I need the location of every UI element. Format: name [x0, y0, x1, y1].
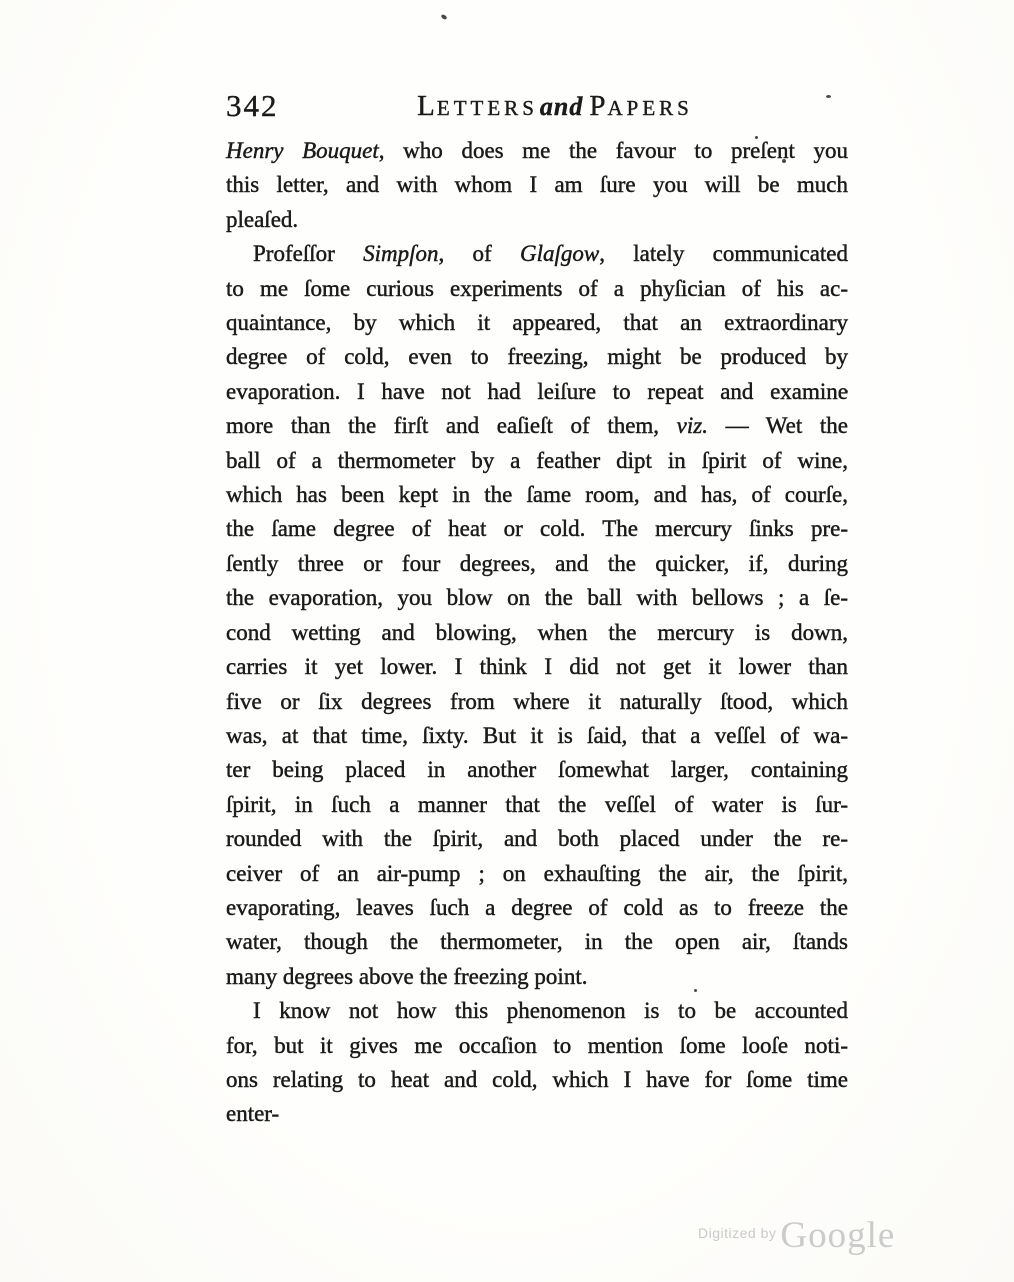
text-line: carries it yet lower. I think I did not …	[226, 650, 848, 684]
text-line: evaporation. I have not had leiſure to r…	[226, 375, 848, 409]
body-text: ſpirit, in ſuch a manner that the veſſel…	[226, 792, 848, 817]
text-line: ball of a thermometer by a feather dipt …	[226, 444, 848, 478]
text-line: this letter, and with whom I am ſure you…	[226, 168, 848, 202]
text-line: Henry Bouquet, who does me the favour to…	[226, 134, 848, 168]
body-text: the evaporation, you blow on the ball wi…	[226, 585, 848, 610]
body-text: evaporation. I have not had leiſure to r…	[226, 379, 848, 404]
body-text: this letter, and with whom I am ſure you…	[226, 172, 848, 197]
text-line: quaintance, by which it appeared, that a…	[226, 306, 848, 340]
italic-text: viz.	[677, 413, 708, 438]
text-line: water, though the thermometer, in the op…	[226, 925, 848, 959]
text-line: pleaſed.	[226, 203, 848, 237]
paragraph: I know not how this phenomenon is to be …	[226, 994, 848, 1097]
ink-speck	[845, 390, 848, 393]
body-text: was, at that time, ſixty. But it is ſaid…	[226, 723, 848, 748]
body-text: Profeſſor	[253, 241, 363, 266]
body-text: five or ſix degrees from where it natura…	[226, 689, 848, 714]
body-text: ter being placed in another ſomewhat lar…	[226, 757, 848, 782]
text-line: ter being placed in another ſomewhat lar…	[226, 753, 848, 787]
body-text: ons relating to heat and cold, which I h…	[226, 1067, 848, 1092]
text-line: ceiver of an air-pump ; on exhauſting th…	[226, 857, 848, 891]
body-text: , who does me the favour to preſent you	[379, 138, 848, 163]
text-line: five or ſix degrees from where it natura…	[226, 685, 848, 719]
body-text: evaporating, leaves ſuch a degree of col…	[226, 895, 848, 920]
running-head-initial-2: P	[589, 90, 607, 122]
ink-speck	[826, 95, 831, 98]
text-line: the evaporation, you blow on the ball wi…	[226, 581, 848, 615]
body-text: carries it yet lower. I think I did not …	[226, 654, 848, 679]
body-text: many degrees above the freezing point.	[226, 964, 587, 989]
text-line: evaporating, leaves ſuch a degree of col…	[226, 891, 848, 925]
body-text: , of	[438, 241, 520, 266]
text-line: for, but it gives me occaſion to mention…	[226, 1029, 848, 1063]
running-head-conjunction: and	[540, 92, 583, 121]
body-text: rounded with the ſpirit, and both placed…	[226, 826, 848, 851]
body-text: the ſame degree of heat or cold. The mer…	[226, 516, 848, 541]
text-line: Profeſſor Simpſon, of Glaſgow, lately co…	[226, 237, 848, 271]
text-line: rounded with the ſpirit, and both placed…	[226, 822, 848, 856]
text-line: ſently three or four degrees, and the qu…	[226, 547, 848, 581]
body-text: more than the firſt and eaſieſt of them,	[226, 413, 677, 438]
running-head-word-1: ETTERS	[437, 96, 538, 120]
text-line: more than the firſt and eaſieſt of them,…	[226, 409, 848, 443]
body-text: pleaſed.	[226, 207, 298, 232]
page-text: Henry Bouquet, who does me the favour to…	[226, 134, 848, 1132]
body-text: degree of cold, even to freezing, might …	[226, 344, 848, 369]
body-text: ceiver of an air-pump ; on exhauſting th…	[226, 861, 848, 886]
text-line: which has been kept in the ſame room, an…	[226, 478, 848, 512]
text-line: I know not how this phenomenon is to be …	[226, 994, 848, 1028]
text-line: ſpirit, in ſuch a manner that the veſſel…	[226, 788, 848, 822]
paragraph: Profeſſor Simpſon, of Glaſgow, lately co…	[226, 237, 848, 994]
text-line: ons relating to heat and cold, which I h…	[226, 1063, 848, 1097]
google-logo: Google	[780, 1215, 895, 1256]
watermark-prefix: Digitized by	[698, 1225, 776, 1241]
body-text: to me ſome curious experiments of a phyſ…	[226, 276, 848, 301]
italic-text: Glaſgow	[520, 241, 599, 266]
ink-speck	[782, 159, 786, 163]
body-text: cond wetting and blowing, when the mercu…	[226, 620, 848, 645]
paragraph: Henry Bouquet, who does me the favour to…	[226, 134, 848, 237]
body-text: , lately communicated	[599, 241, 848, 266]
book-page: 342 LETTERSandPAPERS Henry Bouquet, who …	[0, 0, 1014, 1282]
catchword: enter-	[226, 1097, 848, 1131]
italic-text: Henry Bouquet	[226, 138, 379, 163]
body-text: water, though the thermometer, in the op…	[226, 929, 848, 954]
body-text: quaintance, by which it appeared, that a…	[226, 310, 848, 335]
text-line: degree of cold, even to freezing, might …	[226, 340, 848, 374]
ink-speck	[440, 14, 447, 21]
body-text: I know not how this phenomenon is to be …	[253, 998, 848, 1023]
text-line: the ſame degree of heat or cold. The mer…	[226, 512, 848, 546]
body-text: ſently three or four degrees, and the qu…	[226, 551, 848, 576]
body-text: for, but it gives me occaſion to mention…	[226, 1033, 848, 1058]
text-line: cond wetting and blowing, when the mercu…	[226, 616, 848, 650]
ink-speck	[755, 136, 758, 139]
digitization-watermark: Digitized by Google	[698, 1214, 895, 1257]
body-text: which has been kept in the ſame room, an…	[226, 482, 848, 507]
body-text: ball of a thermometer by a feather dipt …	[226, 448, 848, 473]
running-head-word-2: APERS	[607, 96, 692, 120]
running-head-initial-1: L	[417, 90, 437, 122]
text-line: to me ſome curious experiments of a phyſ…	[226, 272, 848, 306]
italic-text: Simpſon	[363, 241, 438, 266]
text-line: was, at that time, ſixty. But it is ſaid…	[226, 719, 848, 753]
ink-speck	[694, 989, 697, 992]
running-head: LETTERSandPAPERS	[226, 90, 848, 123]
text-line: many degrees above the freezing point.	[226, 960, 848, 994]
body-text: — Wet the	[708, 413, 848, 438]
